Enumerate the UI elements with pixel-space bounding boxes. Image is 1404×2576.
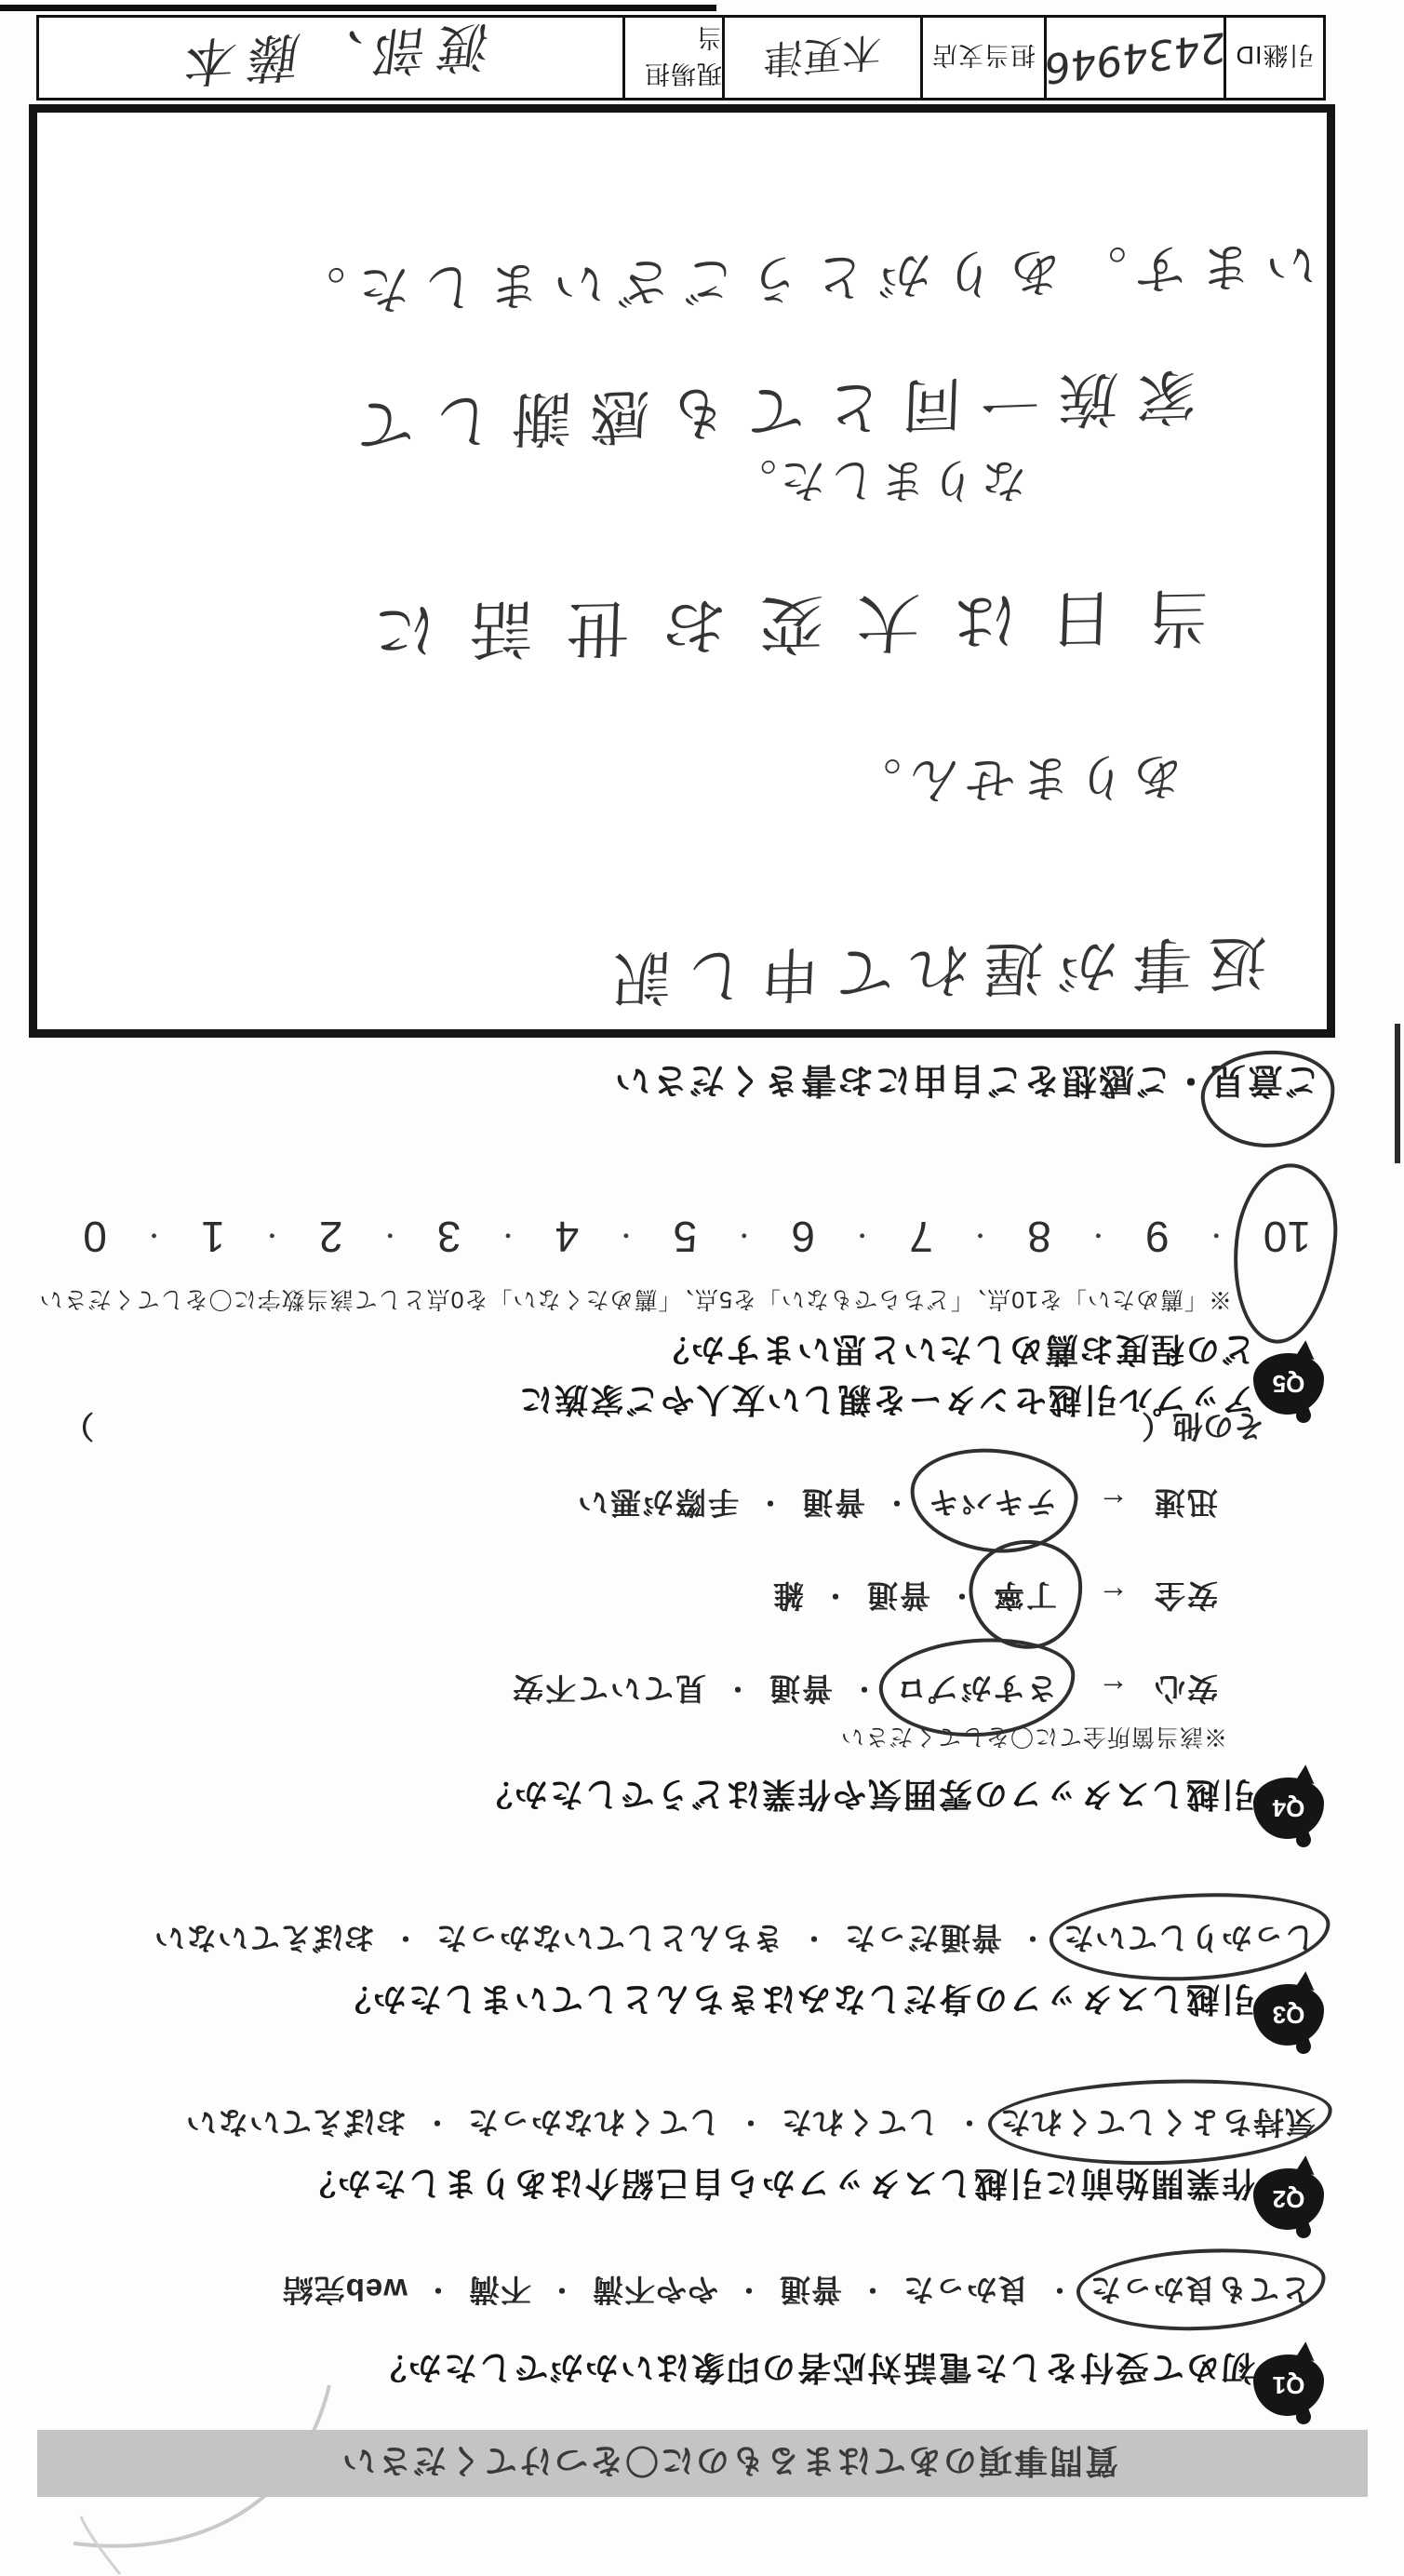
- q3-option: おぼえていない: [154, 1918, 375, 1962]
- scale-separator: ・: [141, 1220, 166, 1254]
- q1-option-circled: とても良かった: [1090, 2270, 1311, 2314]
- q3-icon-label: Q3: [1273, 2001, 1305, 2030]
- q4-note: ※該当箇所全てに〇をしてください: [840, 1722, 1227, 1755]
- crew-label: 現場担当: [625, 21, 722, 94]
- instruction-text: 質問事項のあてはまるものに〇をつけてください: [341, 2440, 1368, 2488]
- option-separator: ・: [548, 2274, 575, 2311]
- table-value-cell: 2434946: [1047, 18, 1226, 98]
- nps-scale: 10 ・ 9 ・ 8 ・ 7 ・ 6 ・ 5 ・ 4 ・ 3 ・ 2 ・ 1 ・…: [83, 1212, 1311, 1262]
- table-value-cell: 渡部、藤本: [39, 18, 625, 98]
- handwritten-comment-line: 当日は大変お世話に: [338, 576, 1211, 681]
- scanned-questionnaire-page: 質問事項のあてはまるものに〇をつけてください Q1 初めて受付をした電話対応者の…: [0, 0, 1404, 2576]
- q3-option-circled: しっかりしていた: [1063, 1918, 1316, 1962]
- q3-option: きちんとしていなかった: [435, 1918, 783, 1962]
- q4-icon: Q4: [1253, 1778, 1324, 1839]
- scale-separator: ・: [496, 1220, 520, 1254]
- scale-separator: ・: [1086, 1220, 1110, 1254]
- q4-option-circled: さすがプロ: [894, 1669, 1057, 1712]
- handwritten-comment-line: 返事が遅れて申し訳: [595, 923, 1268, 1026]
- q3-icon: Q3: [1253, 1984, 1324, 2046]
- q2-icon-label: Q2: [1273, 2185, 1305, 2214]
- handover-id-handwritten: 2434946: [1044, 22, 1225, 92]
- scale-separator: ・: [1204, 1220, 1228, 1254]
- option-separator: ・: [800, 1922, 827, 1959]
- q4-option: 普通: [768, 1669, 833, 1712]
- q5-icon-label: Q5: [1273, 1370, 1305, 1399]
- scale-9: 9: [1145, 1212, 1170, 1262]
- q5-icon: Q5: [1253, 1353, 1324, 1415]
- option-separator: ・: [956, 2106, 983, 2143]
- table-label-cell: 担当支店: [923, 18, 1047, 98]
- q4-row-anshin: 安心 ← さすがプロ ・ 普通 ・ 見ていて不安: [511, 1669, 1218, 1712]
- scale-separator: ・: [614, 1220, 638, 1254]
- scale-separator: ・: [850, 1220, 875, 1254]
- q1-icon-label: Q1: [1273, 2371, 1305, 2400]
- q1-option: 良かった: [903, 2270, 1029, 2314]
- q2-question: 作業開始前に引越しスタッフから自己紹介はありましたか？: [301, 2162, 1255, 2209]
- option-separator: ・: [423, 2106, 450, 2143]
- comment-label-circled-part: ご意見: [1209, 1060, 1320, 1099]
- scale-6: 6: [791, 1212, 815, 1262]
- q4-option: 見ていて不安: [511, 1669, 706, 1712]
- q3-options: しっかりしていた ・ 普通だった ・ きちんとしていなかった ・ おぼえていない: [154, 1918, 1316, 1962]
- q2-option: おぼえていない: [185, 2102, 407, 2146]
- instruction-bar: 質問事項のあてはまるものに〇をつけてください: [37, 2430, 1368, 2497]
- scale-4: 4: [555, 1212, 580, 1262]
- scale-10-circled: 10: [1264, 1212, 1311, 1262]
- option-separator: ・: [859, 2274, 886, 2311]
- handover-info-table: 引継ID 2434946 担当支店 木更津 現場担当 渡部、藤本: [36, 15, 1326, 101]
- scale-2: 2: [319, 1212, 343, 1262]
- option-separator: ・: [755, 1486, 783, 1523]
- scale-0: 0: [83, 1212, 107, 1262]
- q4-option: 普通: [800, 1483, 865, 1526]
- q4-option-circled: 丁寧: [992, 1576, 1057, 1619]
- q4-row-anzen: 安全 ← 丁寧 ・ 普通 ・ 雑: [771, 1576, 1218, 1619]
- table-label-cell: 引継ID: [1226, 18, 1323, 98]
- q1-option: web完結: [282, 2270, 408, 2314]
- option-separator: ・: [821, 1579, 849, 1617]
- q3-option: 普通だった: [844, 1918, 1002, 1962]
- q4-option: 普通: [865, 1576, 930, 1619]
- q1-question: 初めて受付をした電話対応者の印象はいかがでしたか？: [371, 2346, 1255, 2394]
- q3-question: 引越しスタッフの身だしなみはきちんとしていましたか？: [336, 1978, 1255, 2025]
- option-separator: ・: [735, 2274, 762, 2311]
- comment-label-rest: ・ご感想をご自由にお書きください: [613, 1060, 1209, 1099]
- handover-id-label: 引継ID: [1236, 40, 1315, 76]
- table-value-cell: 木更津: [725, 18, 923, 98]
- q4-icon-label: Q4: [1273, 1794, 1305, 1823]
- scan-edge-artifact: [1395, 1024, 1400, 1163]
- q2-options: 気持ちよくしてくれた ・ してくれた ・ してくれなかった ・ おぼえていない: [185, 2102, 1316, 2146]
- scale-7: 7: [909, 1212, 933, 1262]
- handwritten-comment-line: なりました。: [723, 450, 1029, 517]
- option-separator: ・: [737, 2106, 764, 2143]
- scan-edge-artifact: [0, 5, 716, 11]
- scale-3: 3: [437, 1212, 461, 1262]
- option-separator: ・: [1019, 1922, 1046, 1959]
- scale-separator: ・: [260, 1220, 284, 1254]
- q4-option: 手際が悪い: [576, 1483, 739, 1526]
- q2-option: してくれた: [781, 2102, 939, 2146]
- q4-option: 雑: [771, 1576, 804, 1619]
- comment-section-label: ご意見・ご感想をご自由にお書きください: [613, 1058, 1320, 1109]
- q1-option: やや不満: [592, 2270, 718, 2314]
- option-separator: ・: [849, 1672, 877, 1710]
- q4-row-jinsoku: 迅速 ← テキパキ ・ 普通 ・ 手際が悪い: [576, 1483, 1218, 1526]
- scale-separator: ・: [378, 1220, 402, 1254]
- left-arrow-icon: ←: [1096, 1580, 1129, 1616]
- q5-note: ※「薦めたい」を10点、「どちらでもない」を5点、「薦めたくない」を0点として該…: [39, 1284, 1232, 1318]
- scale-separator: ・: [732, 1220, 756, 1254]
- option-separator: ・: [947, 1579, 975, 1617]
- option-separator: ・: [723, 1672, 751, 1710]
- branch-label: 担当支店: [931, 40, 1036, 76]
- q1-option: 不満: [468, 2270, 531, 2314]
- q5-question-line1: アップル引越センターを親しい友人やご家族に: [517, 1378, 1255, 1426]
- q4-aspect: 安全: [1153, 1576, 1218, 1619]
- q2-option: してくれなかった: [467, 2102, 720, 2146]
- option-separator: ・: [392, 1922, 419, 1959]
- q1-icon: Q1: [1253, 2355, 1324, 2416]
- q2-icon: Q2: [1253, 2168, 1324, 2230]
- branch-handwritten: 木更津: [763, 25, 882, 89]
- handwritten-comment-line: ありません。: [843, 744, 1184, 821]
- upside-down-sheet: 質問事項のあてはまるものに〇をつけてください Q1 初めて受付をした電話対応者の…: [0, 0, 1404, 2576]
- scale-1: 1: [201, 1212, 225, 1262]
- q4-option-circled: テキパキ: [927, 1483, 1057, 1526]
- q4-aspect: 迅速: [1153, 1483, 1218, 1526]
- option-separator: ・: [882, 1486, 910, 1523]
- crew-signature-handwritten: 渡部、藤本: [168, 12, 493, 103]
- option-separator: ・: [424, 2274, 451, 2311]
- scale-5: 5: [674, 1212, 698, 1262]
- q5-question-line2: どの程度お薦めしたいと思いますか？: [654, 1328, 1255, 1375]
- option-separator: ・: [1046, 2274, 1073, 2311]
- scale-8: 8: [1027, 1212, 1051, 1262]
- left-arrow-icon: ←: [1096, 1487, 1129, 1523]
- q4-question: 引越しスタッフの雰囲気や作業はどうでしたか？: [477, 1773, 1255, 1820]
- q2-option-circled: 気持ちよくしてくれた: [999, 2102, 1316, 2146]
- table-label-cell: 現場担当: [625, 18, 725, 98]
- scale-separator: ・: [968, 1220, 992, 1254]
- q4-aspect: 安心: [1153, 1669, 1218, 1712]
- q1-options: とても良かった ・ 良かった ・ 普通 ・ やや不満 ・ 不満 ・ web完結: [282, 2270, 1311, 2314]
- left-arrow-icon: ←: [1096, 1673, 1129, 1709]
- q4-other-close-paren: ）: [63, 1406, 94, 1450]
- q1-option: 普通: [779, 2270, 842, 2314]
